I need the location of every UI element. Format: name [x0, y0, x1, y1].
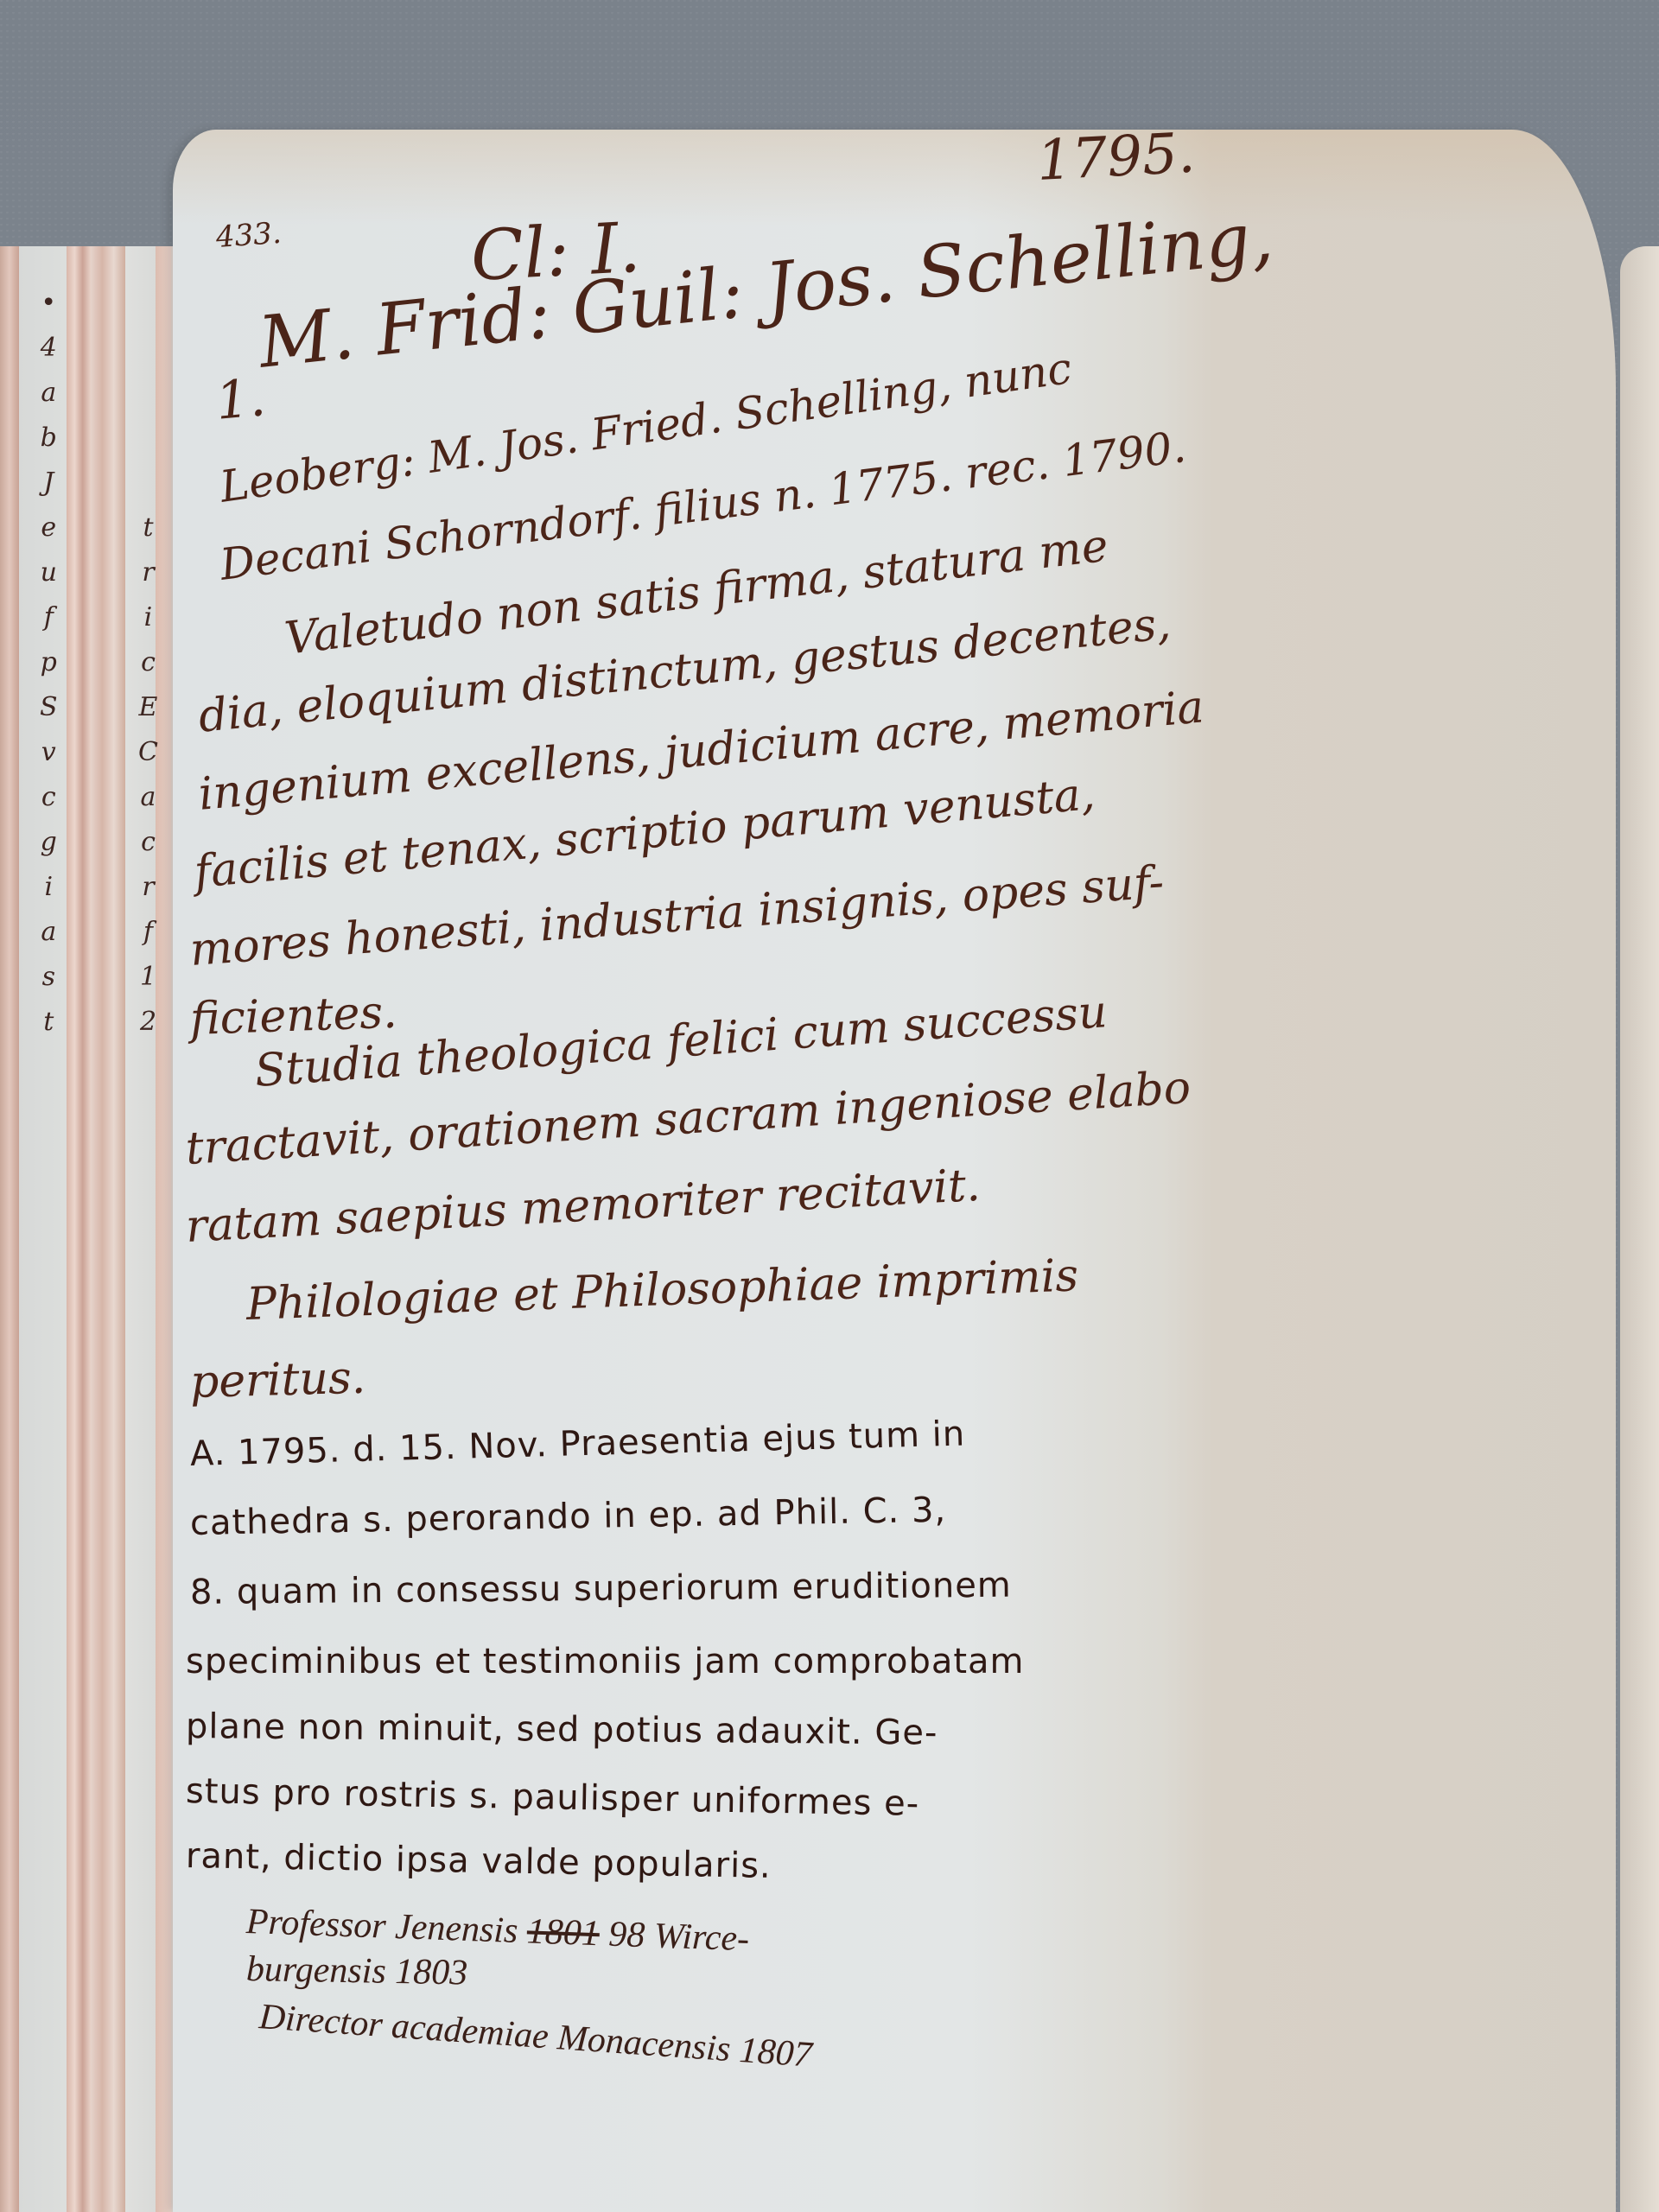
text-line: A. 1795. d. 15. Nov. Praesentia ejus tum… — [189, 1414, 965, 1474]
margin-glyph: g — [41, 820, 57, 865]
year-header: 1795. — [1035, 130, 1197, 194]
margin-glyph: v — [41, 730, 56, 775]
page-edge — [67, 246, 91, 2212]
margin-glyph: c — [41, 775, 56, 820]
margin-glyph: a — [41, 371, 56, 416]
margin-glyph: • — [41, 281, 56, 326]
next-page-edge — [1620, 246, 1659, 2212]
text-line: ficientes. — [189, 987, 398, 1046]
annotation-text: 98 Wirce- — [608, 1915, 750, 1960]
text-line: cathedra s. perorando in ep. ad Phil. C.… — [190, 1491, 947, 1543]
margin-glyph: S — [40, 685, 58, 730]
margin-glyph: c — [141, 820, 156, 865]
annotation-line: Director academiae Monacensis 1807 — [257, 1996, 813, 2076]
page-edge — [91, 246, 125, 2212]
margin-glyph: f — [143, 910, 153, 955]
facing-page-margin-letters-col1: • 4 a b J e u f p S v c g i a s t — [40, 281, 58, 1045]
margin-glyph: p — [41, 640, 57, 685]
entry-title-name: M. Frid: Guil: Jos. Schelling, — [255, 196, 1276, 385]
margin-glyph: J — [43, 461, 54, 505]
entry-number: 1. — [213, 367, 268, 432]
margin-glyph: f — [44, 595, 54, 640]
text-line: ratam saepius memoriter recitavit. — [184, 1160, 982, 1253]
margin-glyph: b — [41, 416, 57, 461]
margin-glyph: c — [141, 640, 156, 685]
facing-page-edges: • 4 a b J e u f p S v c g i a s t t r i … — [0, 246, 186, 2212]
margin-glyph: t — [43, 1000, 54, 1045]
margin-glyph: 4 — [41, 326, 57, 371]
margin-glyph: i — [144, 595, 153, 640]
margin-glyph: r — [142, 865, 154, 910]
margin-glyph: s — [42, 955, 55, 1000]
annotation-line: burgensis 1803 — [246, 1948, 468, 1993]
margin-glyph: C — [138, 730, 158, 775]
text-line: plane non minuit, sed potius adauxit. Ge… — [186, 1707, 938, 1753]
margin-glyph: r — [142, 550, 154, 595]
text-line: stus pro rostris s. paulisper uniformes … — [186, 1771, 920, 1824]
margin-glyph: u — [41, 550, 57, 595]
facing-page-margin-letters-col2: t r i c E C a c r f 1 2 — [138, 505, 158, 1045]
manuscript-page: 433. 1795. Cl: I. 1. M. Frid: Guil: Jos.… — [173, 130, 1616, 2212]
text-line: rant, dictio ipsa valde popularis. — [186, 1836, 772, 1886]
annotation-text: Professor Jenensis — [245, 1902, 518, 1951]
margin-glyph: e — [41, 505, 56, 550]
margin-glyph: i — [44, 865, 53, 910]
margin-glyph: a — [141, 775, 156, 820]
page-number: 433. — [215, 216, 283, 255]
text-line: Philologiae et Philosophiae imprimis — [245, 1249, 1079, 1331]
text-line: 8. quam in consessu superiorum erudition… — [190, 1566, 1012, 1612]
page-edge — [0, 246, 19, 2212]
margin-glyph: 2 — [140, 1000, 156, 1045]
margin-glyph: E — [139, 685, 158, 730]
margin-glyph: t — [143, 505, 153, 550]
text-line: peritus. — [189, 1352, 366, 1408]
margin-glyph: 1 — [140, 955, 156, 1000]
struck-out-year: 1801 — [526, 1911, 601, 1954]
margin-glyph: a — [41, 910, 56, 955]
text-line: speciminibus et testimoniis jam comproba… — [186, 1642, 1025, 1681]
